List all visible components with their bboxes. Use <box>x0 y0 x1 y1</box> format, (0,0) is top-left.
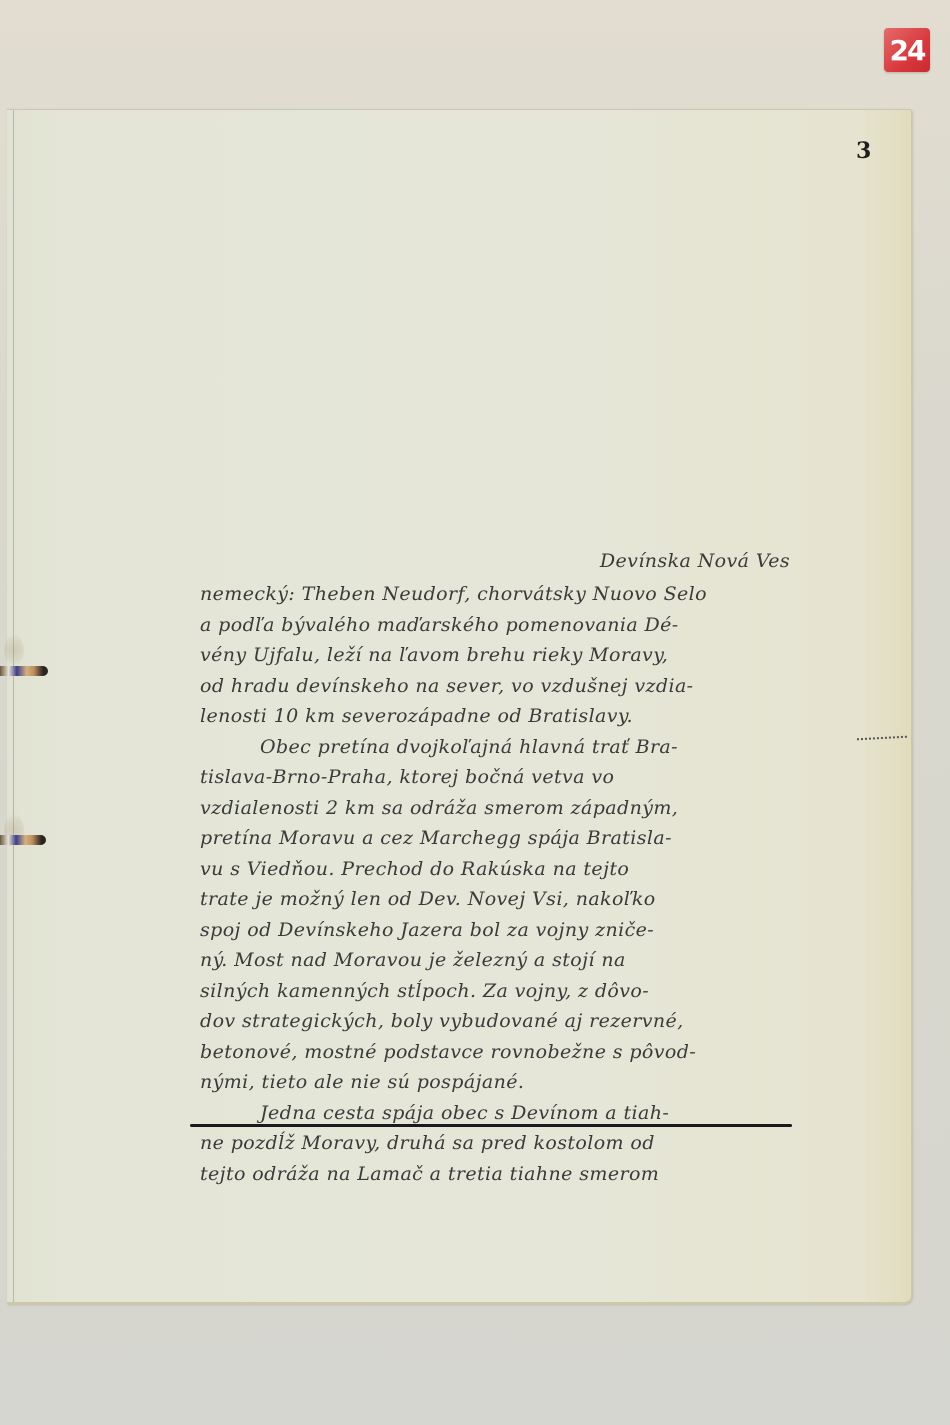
entry-line: ný. Most nad Moravou je železný a stojí … <box>200 945 800 976</box>
entry-line: nemecký: Theben Neudorf, chorvátsky Nuov… <box>200 579 800 610</box>
entry-line-paragraph-start: Obec pretína dvojkoľajná hlavná trať Bra… <box>200 732 800 763</box>
section-end-rule <box>190 1124 792 1127</box>
entry-line: vu s Viedňou. Prechod do Rakúska na tejt… <box>200 854 800 885</box>
entry-line: dov strategických, boly vybudované aj re… <box>200 1006 800 1037</box>
entry-line: spoj od Devínskeho Jazera bol za vojny z… <box>200 915 800 946</box>
entry-line: tejto odráža na Lamač a tretia tiahne sm… <box>200 1159 800 1190</box>
entry-line: trate je možný len od Dev. Novej Vsi, na… <box>200 884 800 915</box>
entry-line: a podľa bývalého maďarského pomenovania … <box>200 610 800 641</box>
entry-line: ne pozdĺž Moravy, druhá sa pred kostolom… <box>200 1128 800 1159</box>
binding-thread-top <box>0 666 48 676</box>
entry-line: pretína Moravu a cez Marchegg spája Brat… <box>200 823 800 854</box>
entry-line: silných kamenných stĺpoch. Za vojny, z d… <box>200 976 800 1007</box>
entry-line: nými, tieto ale nie sú pospájané. <box>200 1067 800 1098</box>
binding-edge <box>13 110 14 1302</box>
entry-line: vény Ujfalu, leží na ľavom brehu rieky M… <box>200 640 800 671</box>
binding-thread-bottom <box>0 835 46 845</box>
entry-title: Devínska Nová Ves <box>200 543 800 579</box>
entry-line: betonové, mostné podstavce rovnobežne s … <box>200 1037 800 1068</box>
news-logo-icon: 24 <box>884 28 930 72</box>
entry-line: vzdialenosti 2 km sa odráža smerom západ… <box>200 793 800 824</box>
entry-line: od hradu devínskeho na sever, vo vzdušne… <box>200 671 800 702</box>
binding-stain <box>4 635 24 665</box>
logo-text: 24 <box>890 34 925 67</box>
page-number: 3 <box>856 138 871 164</box>
entry-line: tislava-Brno-Praha, ktorej bočná vetva v… <box>200 762 800 793</box>
entry-line: lenosti 10 km severozápadne od Bratislav… <box>200 701 800 732</box>
handwritten-entry: Devínska Nová Ves nemecký: Theben Neudor… <box>200 543 800 1189</box>
